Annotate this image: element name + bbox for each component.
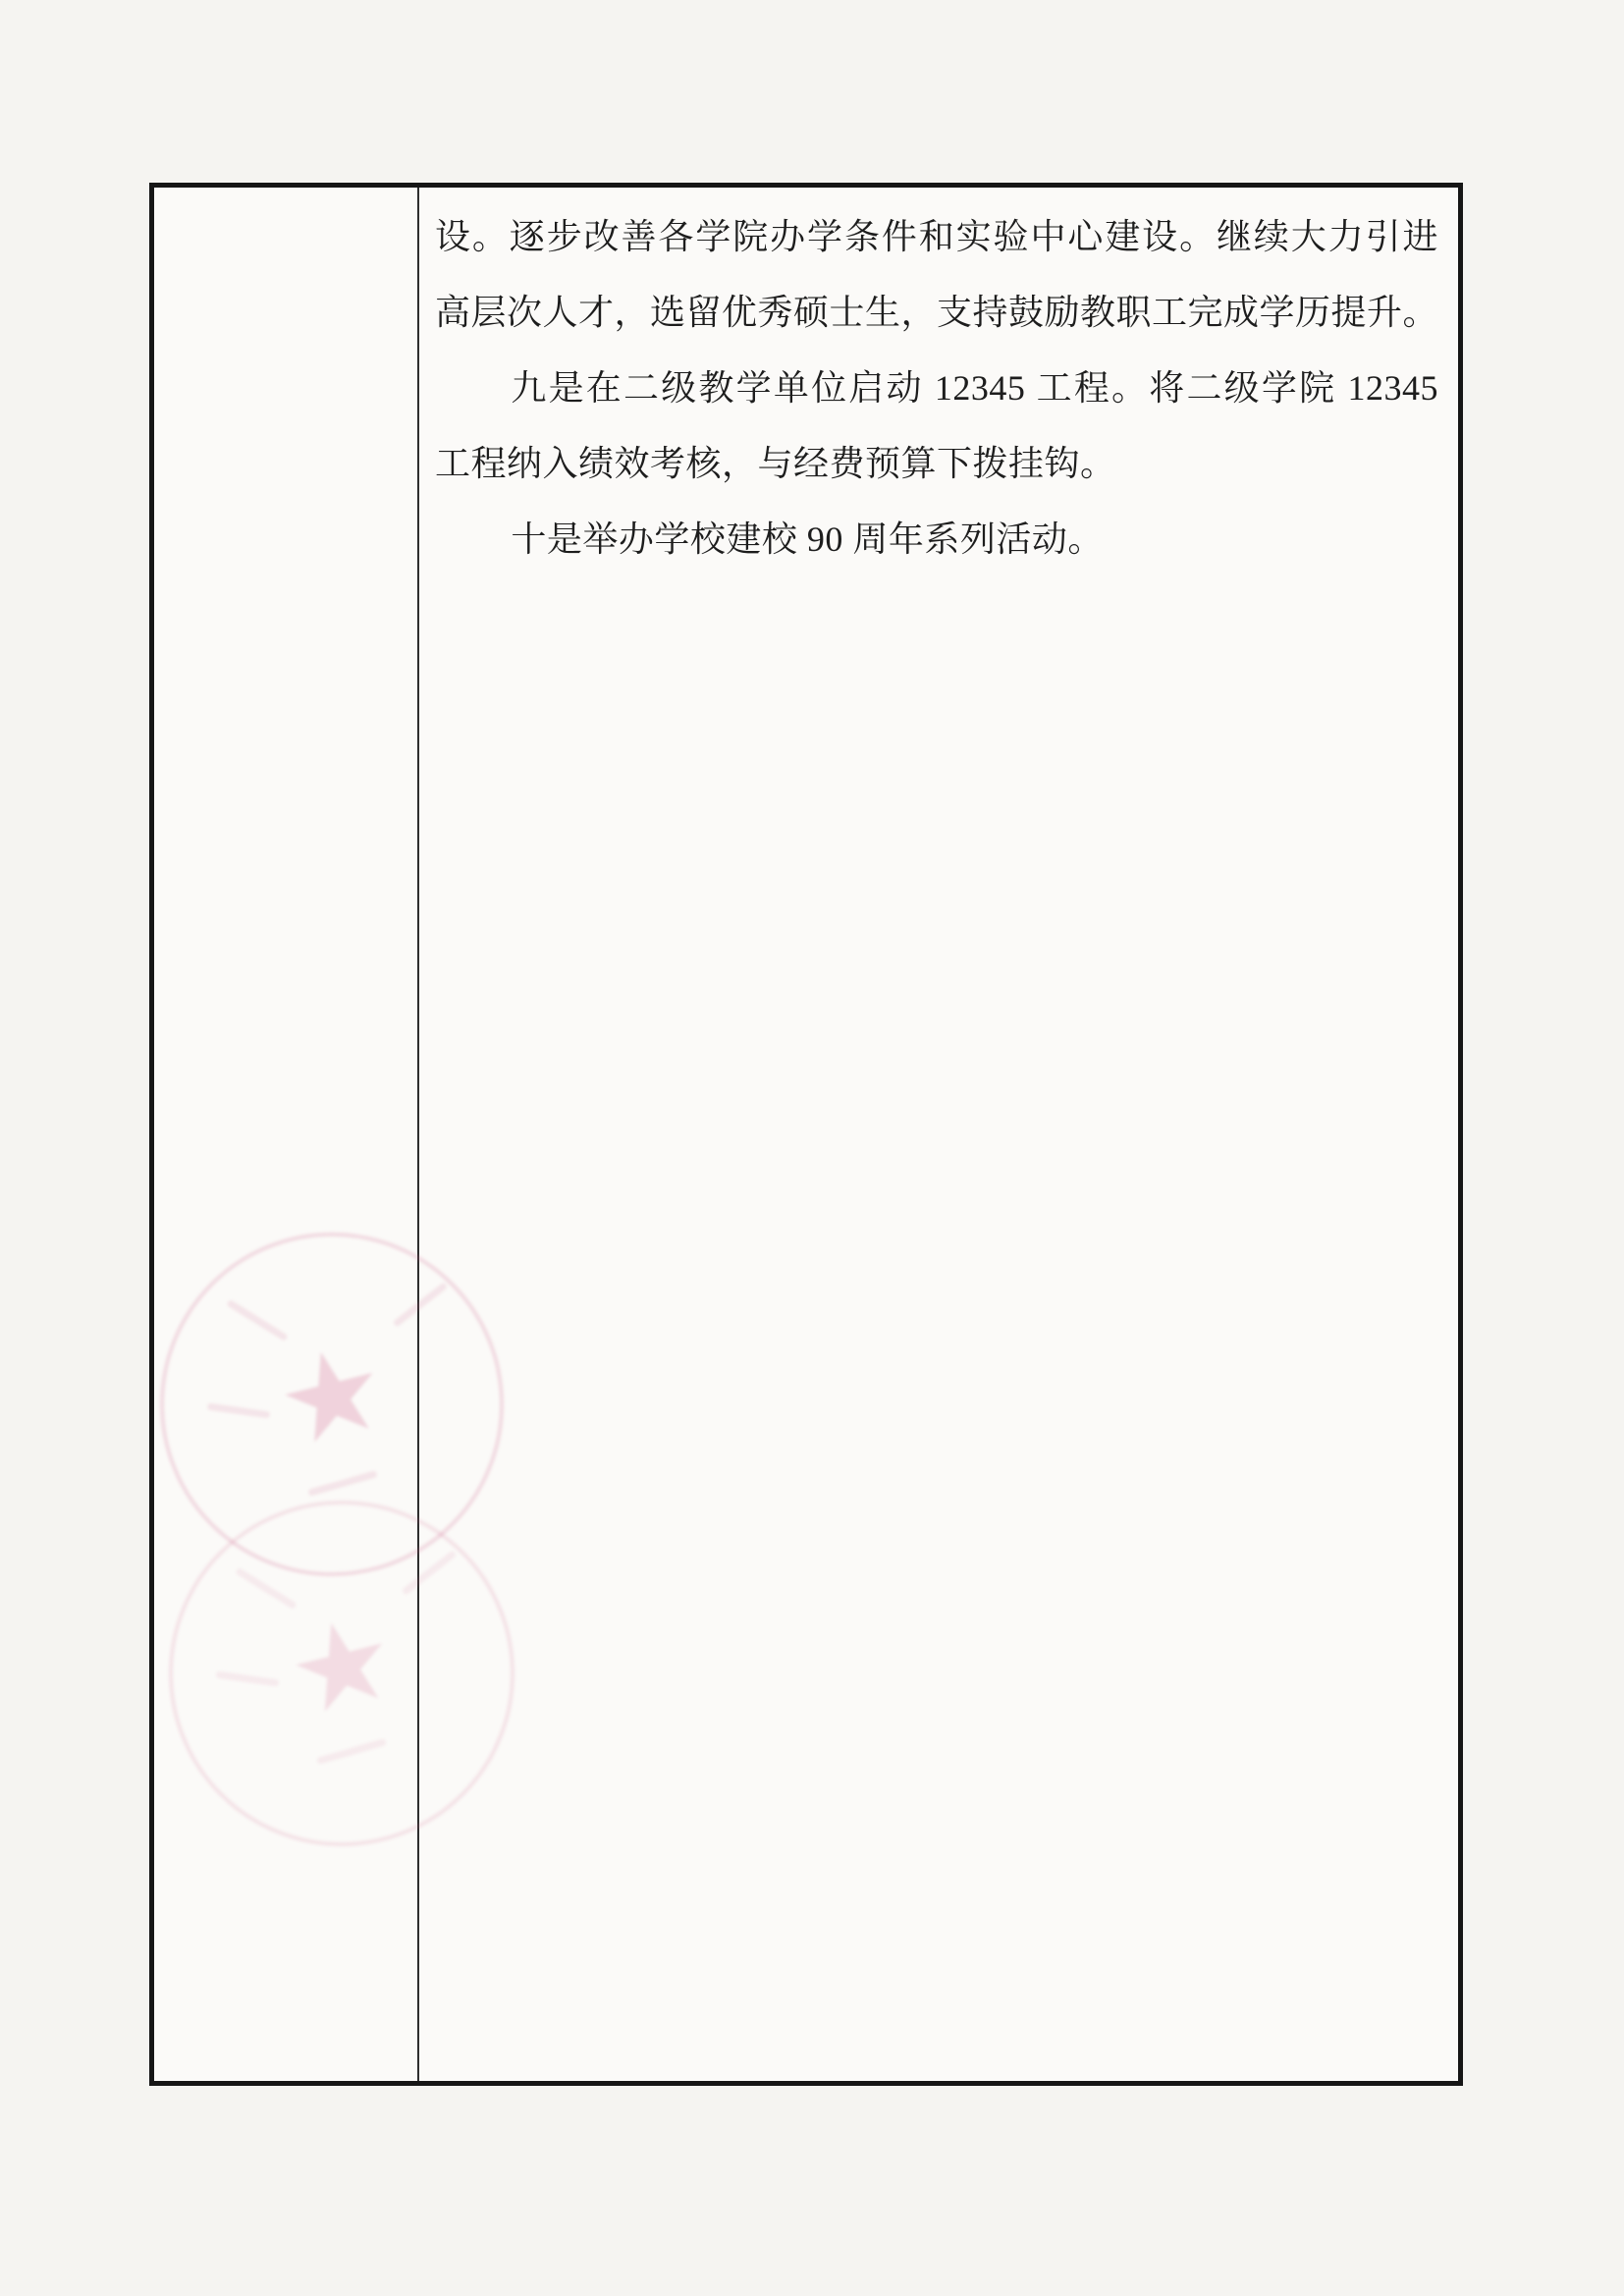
table-right-column: 设。逐步改善各学院办学条件和实验中心建设。继续大力引进 高层次人才，选留优秀硕士… bbox=[419, 188, 1462, 2081]
text-line: 工程纳入绩效考核，与经费预算下拨挂钩。 bbox=[435, 426, 1438, 502]
text-line: 十是举办学校建校 90 周年系列活动。 bbox=[435, 502, 1438, 577]
table-left-column bbox=[154, 188, 419, 2081]
content-table: 设。逐步改善各学院办学条件和实验中心建设。继续大力引进 高层次人才，选留优秀硕士… bbox=[149, 183, 1463, 2086]
text-line: 九是在二级教学单位启动 12345 工程。将二级学院 12345 bbox=[435, 351, 1438, 426]
text-line: 设。逐步改善各学院办学条件和实验中心建设。继续大力引进 bbox=[435, 199, 1438, 275]
document-page: 设。逐步改善各学院办学条件和实验中心建设。继续大力引进 高层次人才，选留优秀硕士… bbox=[0, 0, 1624, 2296]
text-line: 高层次人才，选留优秀硕士生，支持鼓励教职工完成学历提升。 bbox=[435, 275, 1438, 351]
